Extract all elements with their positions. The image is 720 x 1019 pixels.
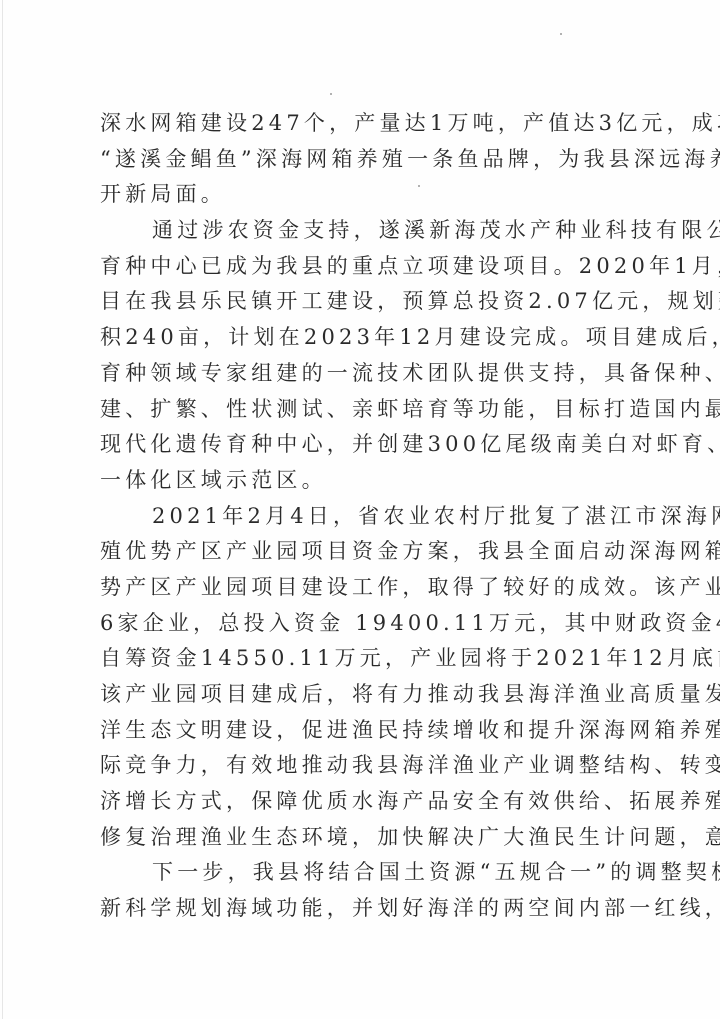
scan-speck	[418, 185, 420, 187]
text-line: 育种中心已成为我县的重点立项建设项目。2020年1月，该项	[100, 249, 630, 285]
text-line: 育种领域专家组建的一流技术团队提供支持，具备保种、家系构	[100, 356, 630, 392]
text-line: 际竞争力，有效地推动我县海洋渔业产业调整结构、转变渔业经	[100, 748, 630, 784]
text-line: 修复治理渔业生态环境，加快解决广大渔民生计问题，意义重大。	[100, 820, 630, 856]
text-line: 该产业园项目建成后，将有力推动我县海洋渔业高质量发展和海	[100, 677, 630, 713]
text-line: 深水网箱建设247个，产量达1万吨，产值达3亿元，成功创建	[100, 106, 630, 142]
scan-speck	[330, 93, 332, 95]
scan-edge	[2, 0, 3, 1019]
text-line: 6家企业，总投入资金 19400.11万元，其中财政资金4850万元，	[100, 606, 630, 642]
paragraph-4: 下一步，我县将结合国土资源“五规合一”的调整契机，重 新科学规划海域功能，并划好…	[100, 855, 630, 926]
text-line: 洋生态文明建设，促进渔民持续增收和提升深海网箱养殖产业国	[100, 713, 630, 749]
paragraph-1: 深水网箱建设247个，产量达1万吨，产值达3亿元，成功创建 “遂溪金鲳鱼”深海网…	[100, 106, 630, 213]
text-line: 现代化遗传育种中心，并创建300亿尾级南美白对虾育、繁、推	[100, 427, 630, 463]
text-line: 2021年2月4日，省农业农村厅批复了湛江市深海网箱养	[100, 499, 630, 535]
scan-speck	[560, 33, 562, 35]
text-line: 积240亩，计划在2023年12月建设完成。项目建成后，由国内	[100, 320, 630, 356]
text-line: 新科学规划海域功能，并划好海洋的两空间内部一红线，积极配	[100, 891, 630, 927]
text-line: 目在我县乐民镇开工建设，预算总投资2.07亿元，规划建设面	[100, 284, 630, 320]
text-line: 殖优势产区产业园项目资金方案，我县全面启动深海网箱养殖优	[100, 534, 630, 570]
paragraph-2: 通过涉农资金支持，遂溪新海茂水产种业科技有限公司水产 育种中心已成为我县的重点立…	[100, 213, 630, 499]
text-line: 一体化区域示范区。	[100, 463, 630, 499]
text-line: 自筹资金14550.11万元，产业园将于2021年12月底前完成。	[100, 641, 630, 677]
text-line: “遂溪金鲳鱼”深海网箱养殖一条鱼品牌，为我县深远海养殖打	[100, 142, 630, 178]
text-line: 通过涉农资金支持，遂溪新海茂水产种业科技有限公司水产	[100, 213, 630, 249]
text-line: 济增长方式，保障优质水海产品安全有效供给、拓展养殖空间、	[100, 784, 630, 820]
scan-speck	[364, 268, 366, 270]
paragraph-3: 2021年2月4日，省农业农村厅批复了湛江市深海网箱养 殖优势产区产业园项目资金…	[100, 499, 630, 856]
document-body: 深水网箱建设247个，产量达1万吨，产值达3亿元，成功创建 “遂溪金鲳鱼”深海网…	[100, 106, 630, 927]
text-line: 建、扩繁、性状测试、亲虾培育等功能，目标打造国内最先进的	[100, 392, 630, 428]
document-page: 深水网箱建设247个，产量达1万吨，产值达3亿元，成功创建 “遂溪金鲳鱼”深海网…	[0, 0, 720, 1019]
text-line: 下一步，我县将结合国土资源“五规合一”的调整契机，重	[100, 855, 630, 891]
text-line: 势产区产业园项目建设工作，取得了较好的成效。该产业园共有	[100, 570, 630, 606]
text-line: 开新局面。	[100, 177, 630, 213]
